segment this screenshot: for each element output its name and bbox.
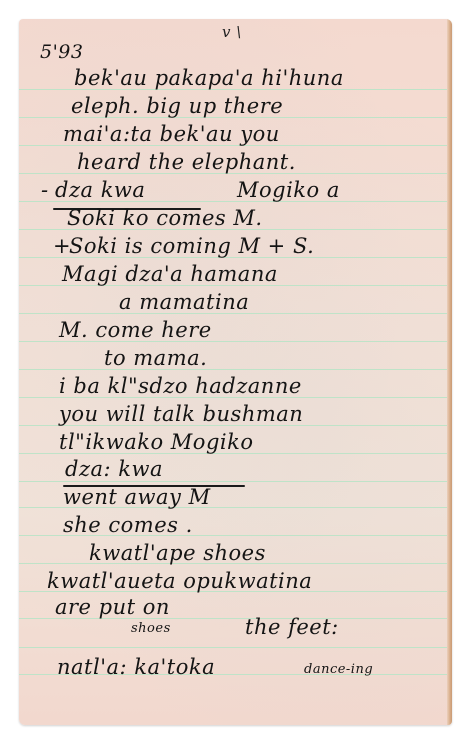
line-4: heard the elephant. xyxy=(77,152,296,173)
ruled-line xyxy=(19,647,447,648)
ruled-line xyxy=(19,481,447,482)
line-2: eleph. big up there xyxy=(71,96,283,117)
page-binding-edge xyxy=(447,19,452,725)
line-20-annotation: shoes xyxy=(131,622,171,635)
line-14: tl"ikwako Mogiko xyxy=(59,432,253,453)
line-5b: Mogiko a xyxy=(237,180,340,201)
ruled-line xyxy=(19,369,447,370)
line-20b: the feet: xyxy=(245,617,339,638)
line-19: kwatl'aueta opukwatina xyxy=(47,571,312,592)
line-10: M. come here xyxy=(59,320,212,341)
line-21-gloss: dance-ing xyxy=(304,663,373,676)
page-number: 5'93 xyxy=(40,43,84,62)
line-12: i ba kl"sdzo hadzanne xyxy=(59,376,302,397)
notebook-page: 5'93 v \ bek'au pakapa'a hi'huna eleph. … xyxy=(19,19,452,725)
line-1: bek'au pakapa'a hi'huna xyxy=(74,68,344,89)
line-18: kwatl'ape shoes xyxy=(89,543,266,564)
line-13: you will talk bushman xyxy=(59,404,303,425)
line-9: a mamatina xyxy=(119,292,249,313)
line-15: dza: kwa xyxy=(65,459,163,480)
line-16: went away M xyxy=(63,487,211,508)
line-5-prefix: - xyxy=(41,180,49,201)
line-17: she comes . xyxy=(63,515,193,536)
line-20: are put on xyxy=(55,597,170,618)
line-3: mai'a:ta bek'au you xyxy=(63,124,280,145)
line-21: natl'a: ka'toka xyxy=(57,657,215,678)
line-11: to mama. xyxy=(104,348,207,369)
top-mark: v \ xyxy=(222,25,242,40)
line-6: Soki ko comes M. xyxy=(67,208,263,229)
line-7: Soki is coming M + S. xyxy=(69,236,314,257)
line-5: dza kwa xyxy=(55,180,145,201)
line-8: Magi dza'a hamana xyxy=(62,264,278,285)
